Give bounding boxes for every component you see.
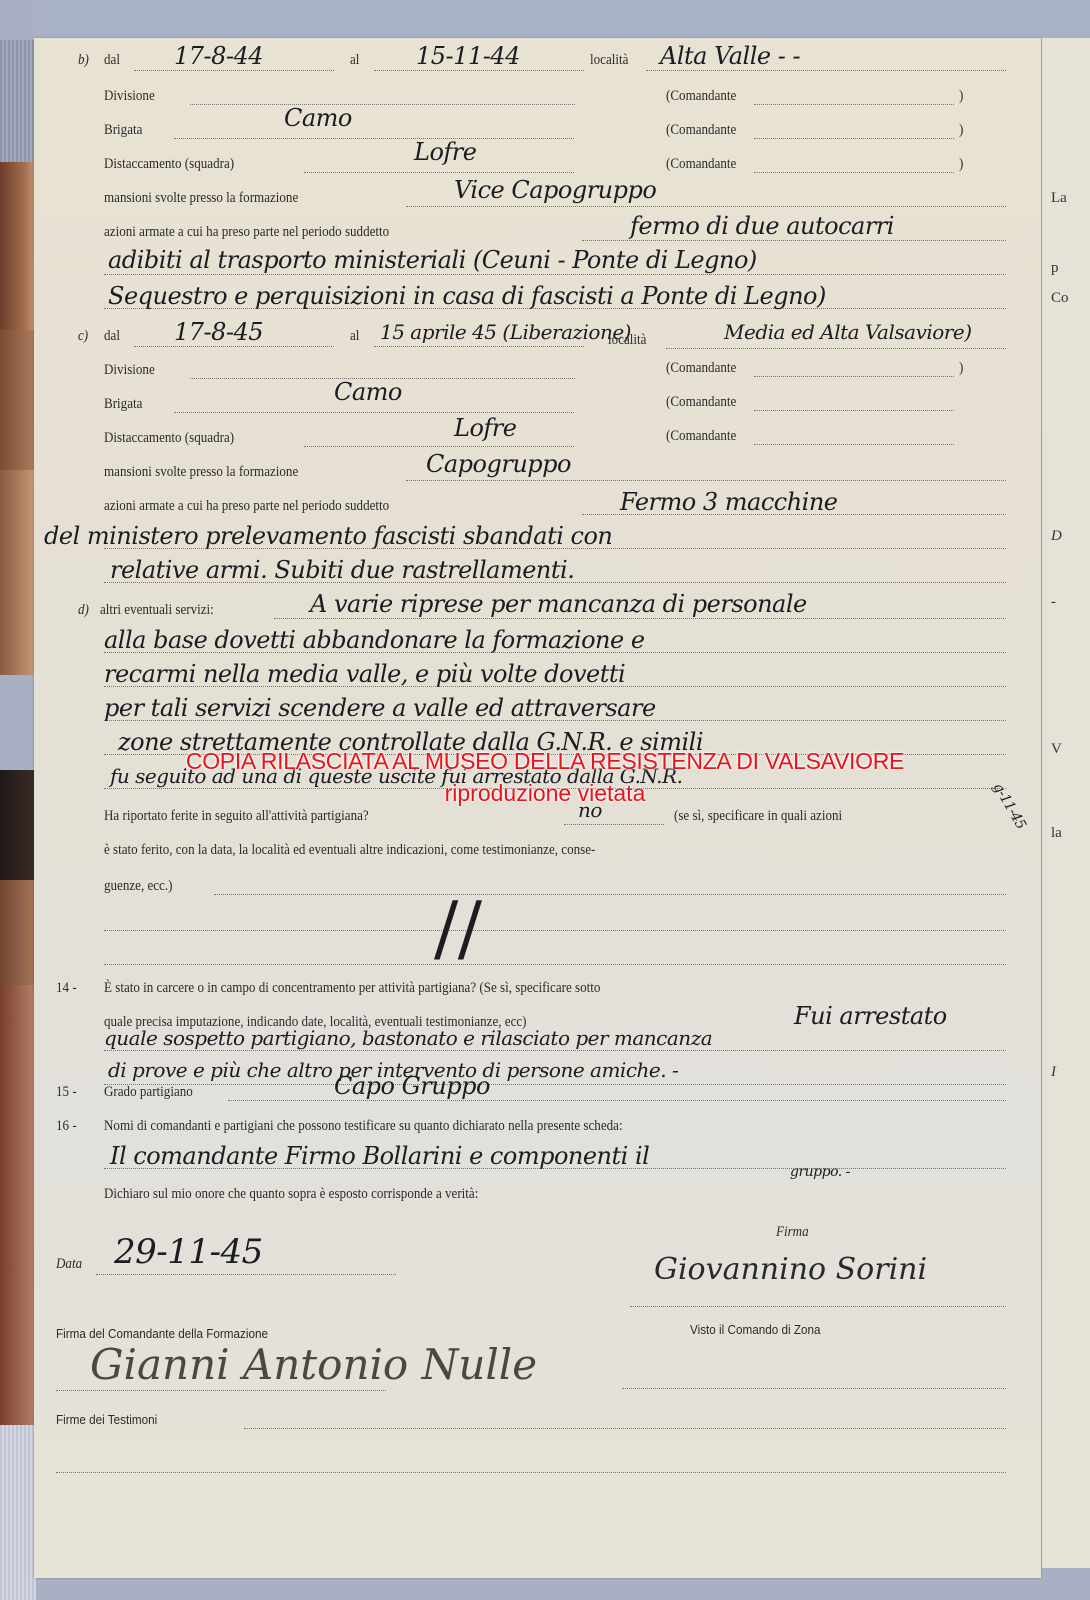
distaccamento-label: Distaccamento (squadra): [104, 156, 234, 173]
al-value: 15-11-44: [416, 42, 520, 70]
ferite-label: (se sì, specificare in quali azioni: [674, 808, 842, 825]
dotted-line: [174, 412, 574, 413]
dal-label: dal: [104, 52, 120, 69]
q16-value: Il comandante Firmo Bollarini e componen…: [110, 1142, 649, 1170]
adjacent-page-text: La: [1051, 190, 1067, 207]
binding-fabric: [0, 40, 36, 165]
azioni-line: del ministero prelevamento fascisti sban…: [44, 522, 612, 550]
mansioni-value: Capogruppo: [426, 450, 571, 478]
q16-label: Nomi di comandanti e partigiani che poss…: [104, 1118, 623, 1135]
comandante-label: (Comandante: [666, 88, 736, 105]
dotted-line: [104, 930, 1006, 931]
altri-servizi-line: alla base dovetti abbandonare la formazi…: [104, 626, 645, 654]
signature-line: [244, 1428, 1006, 1429]
dotted-line: [646, 70, 1006, 71]
dotted-line: [754, 172, 954, 173]
comandante-label: (Comandante: [666, 122, 736, 139]
dotted-line: [304, 172, 574, 173]
divisione-label: Divisione: [104, 88, 155, 105]
distaccamento-label: Distaccamento (squadra): [104, 430, 234, 447]
visto-comando-label: Visto il Comando di Zona: [690, 1322, 821, 1337]
comandante-signature: Gianni Antonio Nulle: [90, 1340, 537, 1389]
azioni-line: Fermo 3 macchine: [620, 488, 838, 516]
comandante-firma-label: Firma del Comandante della Formazione: [56, 1326, 268, 1341]
dotted-line: [214, 894, 1006, 895]
dotted-line: [754, 138, 954, 139]
comandante-label: (Comandante: [666, 394, 736, 411]
brigata-label: Brigata: [104, 396, 142, 413]
dotted-line: [406, 480, 1006, 481]
dotted-line: [104, 1084, 1006, 1085]
declaration-label: Dichiaro sul mio onore che quanto sopra …: [104, 1186, 478, 1203]
azioni-label: azioni armate a cui ha preso parte nel p…: [104, 224, 389, 241]
dotted-line: [304, 446, 574, 447]
firma-signature: Giovannino Sorini: [654, 1252, 927, 1287]
partisan-form-page: b) dal 17-8-44 al 15-11-44 località Alta…: [34, 38, 1041, 1578]
brigata-value: Camo: [284, 104, 352, 132]
azioni-line: Sequestro e perquisizioni in casa di fas…: [108, 282, 826, 310]
brigata-value: Camo: [334, 378, 402, 406]
section-marker: c): [78, 328, 88, 345]
data-label: Data: [56, 1256, 82, 1273]
signature-line: [622, 1388, 1006, 1389]
divisione-label: Divisione: [104, 362, 155, 379]
question-number: 14 -: [56, 980, 77, 997]
signature-line: [56, 1390, 386, 1391]
localita-value: Alta Valle - -: [660, 42, 800, 70]
watermark-copy-notice: COPIA RILASCIATA AL MUSEO DELLA RESISTEN…: [0, 748, 1090, 775]
testimoni-label: Firme dei Testimoni: [56, 1412, 157, 1427]
dal-value: 17-8-45: [174, 318, 263, 346]
ferite-label: Ha riportato ferite in seguito all'attiv…: [104, 808, 369, 825]
altri-servizi-line: per tali servizi scendere a valle ed att…: [104, 694, 656, 722]
question-number: 16 -: [56, 1118, 77, 1135]
comandante-label: (Comandante: [666, 156, 736, 173]
comandante-label: (Comandante: [666, 360, 736, 377]
dotted-line: [564, 824, 664, 825]
binding-spine: [0, 880, 36, 985]
section-marker: d): [78, 602, 89, 619]
dotted-line: [666, 348, 1006, 349]
azioni-line: relative armi. Subiti due rastrellamenti…: [110, 556, 574, 584]
firma-label: Firma: [776, 1224, 809, 1241]
watermark-reproduction-notice: riproduzione vietata: [0, 780, 1090, 807]
azioni-line: adibiti al trasporto ministeriali (Ceuni…: [108, 246, 757, 274]
azioni-label: azioni armate a cui ha preso parte nel p…: [104, 498, 389, 515]
mansioni-label: mansioni svolte presso la formazione: [104, 190, 298, 207]
al-value: 15 aprile 45 (Liberazione): [380, 320, 631, 344]
dotted-line: [374, 346, 584, 347]
dotted-line: [134, 346, 334, 347]
dotted-line: [754, 104, 954, 105]
comandante-label: (Comandante: [666, 428, 736, 445]
mansioni-value: Vice Capogruppo: [454, 176, 656, 204]
azioni-line: fermo di due autocarri: [630, 212, 894, 240]
dal-label: dal: [104, 328, 120, 345]
dotted-line: [104, 1050, 1006, 1051]
q14-answer: quale sospetto partigiano, bastonato e r…: [104, 1026, 712, 1050]
grado-value: Capo Gruppo: [334, 1072, 490, 1100]
dotted-line: [104, 274, 1006, 275]
background-top: [36, 0, 1090, 40]
localita-label: località: [608, 332, 646, 349]
dotted-line: [274, 618, 1006, 619]
dotted-line: [174, 138, 574, 139]
binding-spine: [0, 470, 36, 675]
distaccamento-value: Lofre: [414, 138, 476, 166]
dal-value: 17-8-44: [174, 42, 263, 70]
close-paren: ): [959, 122, 963, 139]
adjacent-page-text: la: [1051, 825, 1062, 842]
dotted-line: [104, 964, 1006, 965]
q14-label: È stato in carcere o in campo di concent…: [104, 980, 600, 997]
brigata-label: Brigata: [104, 122, 142, 139]
dotted-line: [582, 240, 1006, 241]
dotted-line: [134, 70, 334, 71]
close-paren: ): [959, 360, 963, 377]
dotted-line: [406, 206, 1006, 207]
close-paren: ): [959, 88, 963, 105]
ferite-label: è stato ferito, con la data, la località…: [104, 842, 595, 859]
dotted-line: [228, 1100, 1006, 1101]
close-paren: ): [959, 156, 963, 173]
binding-spine: [0, 162, 36, 330]
altri-servizi-line: recarmi nella media valle, e più volte d…: [104, 660, 625, 688]
al-label: al: [350, 328, 359, 345]
adjacent-page-text: I: [1051, 1064, 1056, 1081]
al-label: al: [350, 52, 359, 69]
distaccamento-value: Lofre: [454, 414, 516, 442]
signature-line: [56, 1472, 1006, 1473]
dotted-line: [754, 376, 954, 377]
dotted-line: [754, 444, 954, 445]
q16-value: gruppo. -: [790, 1164, 850, 1180]
ferite-value: //: [434, 886, 482, 970]
adjacent-page-text: Co: [1051, 290, 1069, 307]
dotted-line: [374, 70, 584, 71]
binding-spine: [0, 985, 36, 1425]
dotted-line: [96, 1274, 396, 1275]
section-marker: b): [78, 52, 89, 69]
dotted-line: [754, 410, 954, 411]
mansioni-label: mansioni svolte presso la formazione: [104, 464, 298, 481]
adjacent-page-text: p: [1051, 260, 1059, 277]
grado-label: Grado partigiano: [104, 1084, 193, 1101]
dotted-line: [190, 104, 575, 105]
question-number: 15 -: [56, 1084, 77, 1101]
adjacent-page-text: D: [1051, 528, 1062, 545]
localita-value: Media ed Alta Valsaviore): [724, 320, 972, 344]
binding-spine: [0, 330, 36, 470]
altri-servizi-label: altri eventuali servizi:: [100, 602, 214, 619]
q14-answer: Fui arrestato: [794, 1002, 947, 1030]
localita-label: località: [590, 52, 628, 69]
altri-servizi-line: A varie riprese per mancanza di personal…: [310, 590, 807, 618]
data-value: 29-11-45: [114, 1232, 263, 1272]
ferite-label: guenze, ecc.): [104, 878, 172, 895]
binding-fabric: [0, 1425, 36, 1600]
adjacent-page-text: -: [1051, 594, 1056, 611]
signature-line: [630, 1306, 1006, 1307]
